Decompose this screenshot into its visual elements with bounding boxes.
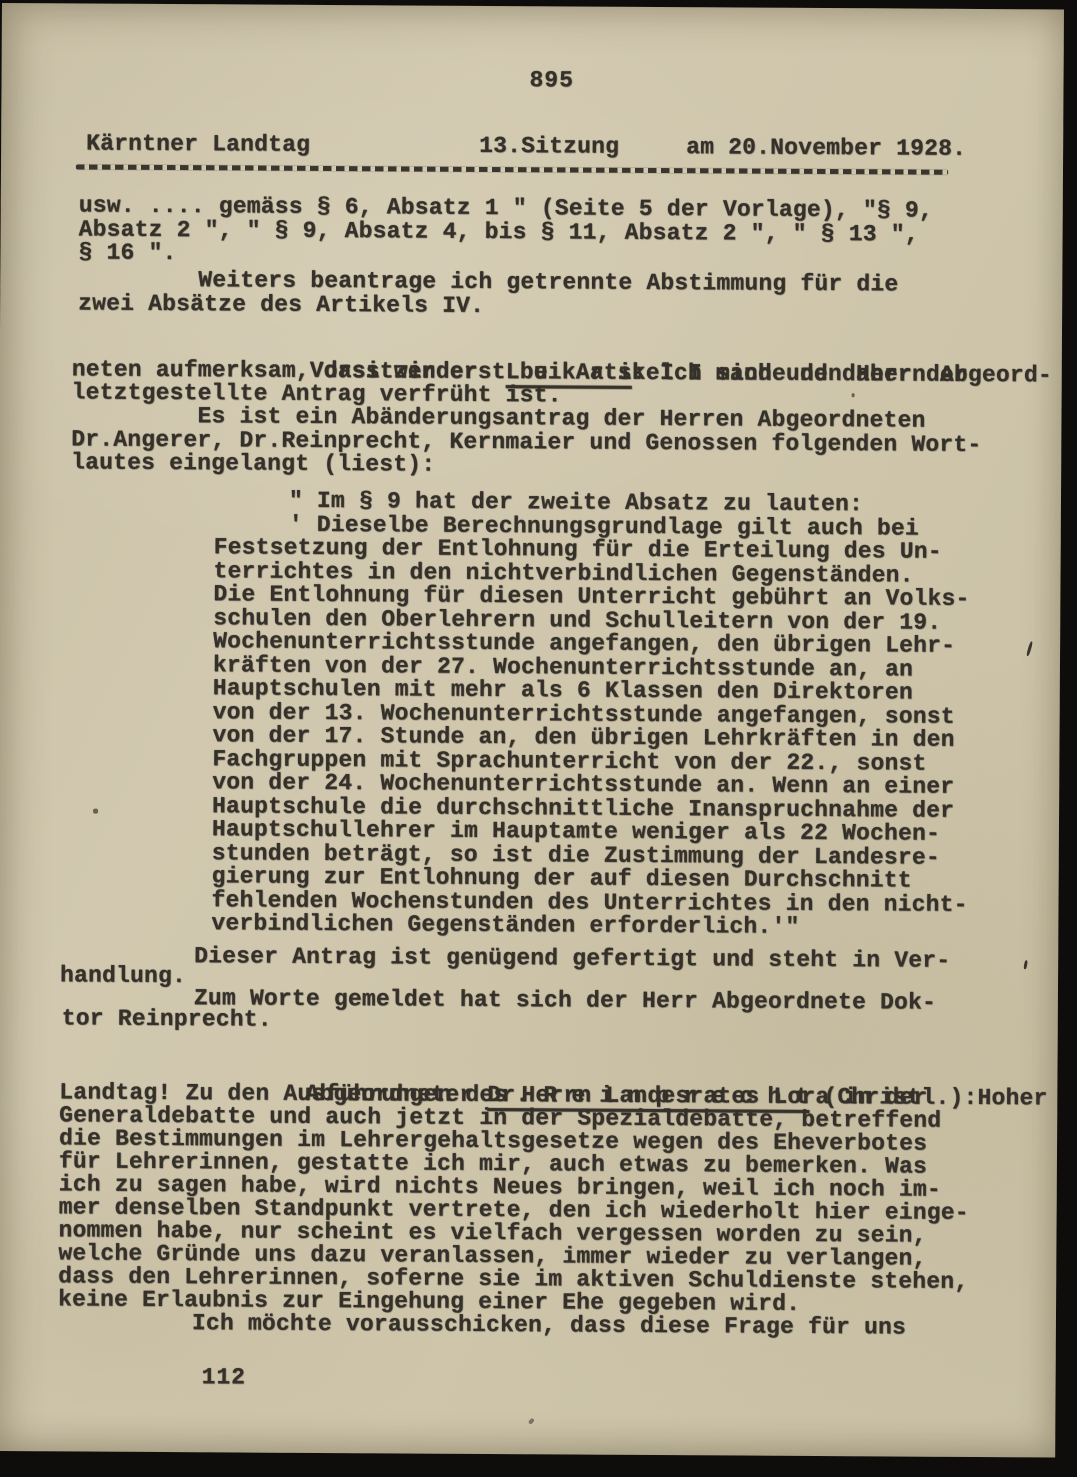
ink-speck [852, 393, 855, 397]
paragraph-intro: usw. .... gemäss § 6, Absatz 1 " (Seite … [0, 194, 1062, 271]
header-dashed-rule [76, 164, 948, 174]
paragraph-lukas: Vorsitzender L u k a s: Ich mache den He… [0, 334, 1062, 411]
text-line: Zum Worte gemeldet hat sich der Herr Abg… [194, 988, 1058, 1014]
text-line: zwei Absätze des Artikels IV. [78, 292, 1062, 322]
page-number-bottom: 112 [202, 1364, 247, 1390]
paragraph-zum-worte: Zum Worte gemeldet hat sich der Herr Abg… [0, 987, 1058, 1035]
paragraph-weiters: Weiters beantrage ich getrennte Abstimmu… [0, 268, 1062, 321]
ink-speck [528, 1418, 535, 1425]
paragraph-verhandlung: Dieser Antrag ist genügend gefertigt und… [0, 946, 1058, 991]
ink-speck [93, 809, 98, 814]
header-session: 13.Sitzung [479, 133, 619, 160]
page-number-top: 895 [529, 67, 574, 93]
paragraph-reinprecht: Abgeordneter Dr. R e i n p r e c h t (Ch… [0, 1058, 1058, 1340]
paper: 895 Kärntner Landtag 13.Sitzung am 20.No… [0, 3, 1064, 1457]
text-line: Dieser Antrag ist genügend gefertigt und… [194, 947, 1058, 972]
paragraph-antrag: Es ist ein Abänderungsantrag der Herren … [0, 404, 1062, 481]
scanned-page: 895 Kärntner Landtag 13.Sitzung am 20.No… [0, 0, 1077, 1477]
header-date: am 20.November 1928. [686, 134, 966, 162]
blockquote-paragraph-9: " Im § 9 hat der zweite Absatz zu lauten… [0, 488, 1061, 941]
page-header: Kärntner Landtag 13.Sitzung am 20.Novemb… [1, 130, 1063, 166]
text-line: Ich möchte vorausschicken, dass diese Fr… [192, 1312, 1056, 1340]
header-institution: Kärntner Landtag [86, 131, 310, 158]
